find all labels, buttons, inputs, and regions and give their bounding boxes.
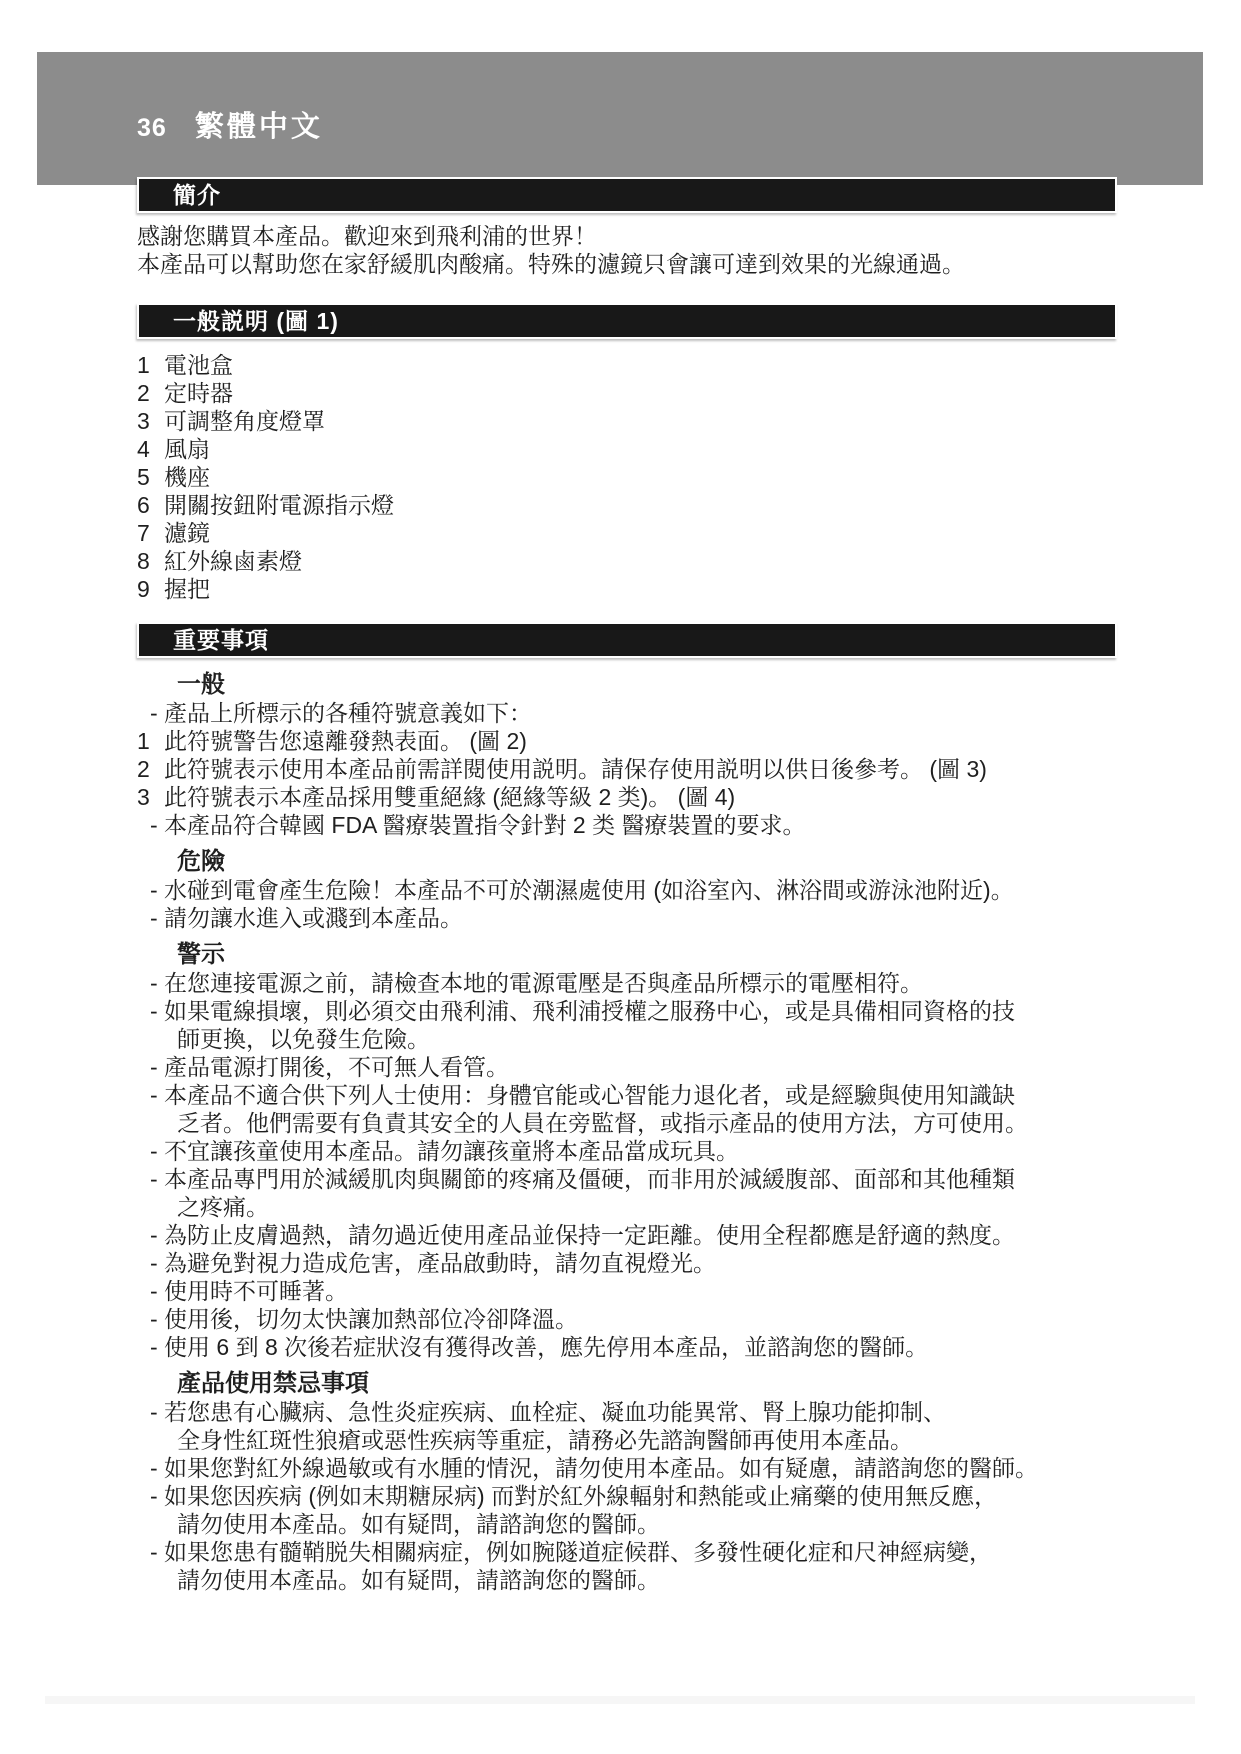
list-item-marker: -: [150, 1165, 164, 1193]
list-item: -不宜讓孩童使用本產品。請勿讓孩童將本產品當成玩具。: [137, 1137, 1117, 1165]
dash-list: -若您患有心臟病、急性炎症疾病、血栓症、凝血功能異常、腎上腺功能抑制、全身性紅斑…: [137, 1398, 1117, 1594]
list-item-marker: 2: [137, 755, 164, 783]
list-item-marker: -: [150, 811, 164, 839]
section-bar-title: 一般説明 (圖 1): [173, 307, 339, 335]
list-item: -本產品不適合供下列人士使用：身體官能或心智能力退化者，或是經驗與使用知識缺: [137, 1081, 1117, 1109]
list-item-continuation: 師更換，以免發生危險。: [137, 1025, 1117, 1053]
subheading: 危險: [137, 848, 1117, 876]
list-item-marker: 8: [137, 547, 164, 575]
list-item-marker: 6: [137, 491, 164, 519]
list-item-marker: 7: [137, 519, 164, 547]
list-item-text: 本產品不適合供下列人士使用：身體官能或心智能力退化者，或是經驗與使用知識缺: [164, 1081, 1015, 1109]
subheading: 產品使用禁忌事項: [137, 1370, 1117, 1398]
list-item-text: 定時器: [164, 379, 233, 407]
list-item: -使用時不可睡著。: [137, 1277, 1117, 1305]
page-language-label: 繁體中文: [195, 104, 323, 145]
list-item-text: 為防止皮膚過熱，請勿過近使用產品並保持一定距離。使用全程都應是舒適的熱度。: [164, 1221, 1015, 1249]
list-item-marker: -: [150, 1053, 164, 1081]
list-item-marker: 1: [137, 727, 164, 755]
list-item-marker: 2: [137, 379, 164, 407]
list-item-text: 不宜讓孩童使用本產品。請勿讓孩童將本產品當成玩具。: [164, 1137, 739, 1165]
list-item-marker: -: [150, 1137, 164, 1165]
list-item: -本產品專門用於減緩肌肉與關節的疼痛及僵硬，而非用於減緩腹部、面部和其他種類: [137, 1165, 1117, 1193]
list-item-marker: -: [150, 1277, 164, 1305]
list-item-marker: -: [150, 1305, 164, 1333]
footer-strip: [45, 1696, 1195, 1704]
list-item-text: 產品電源打開後，不可無人看管。: [164, 1053, 509, 1081]
list-item-text: 機座: [164, 463, 210, 491]
list-item-marker: 3: [137, 783, 164, 811]
list-item: 3可調整角度燈罩: [137, 407, 1117, 435]
list-item-text: 本產品符合韓國 FDA 醫療裝置指令針對 2 类 醫療裝置的要求。: [164, 811, 805, 839]
list-item: -為避免對視力造成危害，產品啟動時，請勿直視燈光。: [137, 1249, 1117, 1277]
list-item: -如果您患有髓鞘脱失相關病症，例如腕隧道症候群、多發性硬化症和尺神經病變，: [137, 1538, 1117, 1566]
list-item-marker: -: [150, 1081, 164, 1109]
list-item: -若您患有心臟病、急性炎症疾病、血栓症、凝血功能異常、腎上腺功能抑制、: [137, 1398, 1117, 1426]
list-item: 9握把: [137, 575, 1117, 603]
list-item-text: 紅外線鹵素燈: [164, 547, 302, 575]
subheading: 一般: [137, 671, 1117, 699]
list-item-text: 使用後，切勿太快讓加熱部位冷卻降溫。: [164, 1305, 578, 1333]
list-item-marker: -: [150, 876, 164, 904]
list-item-text: 握把: [164, 575, 210, 603]
list-item: 6開關按鈕附電源指示燈: [137, 491, 1117, 519]
list-item: 1此符號警告您遠離發熱表面。 (圖 2): [137, 727, 1117, 755]
list-item-marker: -: [150, 1398, 164, 1426]
list-item: 7濾鏡: [137, 519, 1117, 547]
list-item: -使用後，切勿太快讓加熱部位冷卻降溫。: [137, 1305, 1117, 1333]
page-number: 36: [137, 114, 167, 143]
page-content: 簡介感謝您購買本產品。歡迎來到飛利浦的世界！本產品可以幫助您在家舒緩肌肉酸痛。特…: [137, 177, 1117, 1594]
list-item-marker: 9: [137, 575, 164, 603]
page-header-banner: 36 繁體中文: [37, 52, 1203, 185]
paragraph-line: 感謝您購買本產品。歡迎來到飛利浦的世界！: [137, 222, 1117, 250]
list-item-text: 使用時不可睡著。: [164, 1277, 348, 1305]
list-item-continuation: 乏者。他們需要有負責其安全的人員在旁監督，或指示產品的使用方法，方可使用。: [137, 1109, 1117, 1137]
list-item-text: 此符號表示本產品採用雙重絕緣 (絕緣等級 2 类)。 (圖 4): [164, 783, 735, 811]
list-item-text: 為避免對視力造成危害，產品啟動時，請勿直視燈光。: [164, 1249, 716, 1277]
list-item-marker: -: [150, 904, 164, 932]
list-item: 3此符號表示本產品採用雙重絕緣 (絕緣等級 2 类)。 (圖 4): [137, 783, 1117, 811]
list-item-text: 本產品專門用於減緩肌肉與關節的疼痛及僵硬，而非用於減緩腹部、面部和其他種類: [164, 1165, 1015, 1193]
list-item-text: 濾鏡: [164, 519, 210, 547]
list-item: 8紅外線鹵素燈: [137, 547, 1117, 575]
list-item-text: 使用 6 到 8 次後若症狀沒有獲得改善，應先停用本產品，並諮詢您的醫師。: [164, 1333, 928, 1361]
paragraph: 感謝您購買本產品。歡迎來到飛利浦的世界！本產品可以幫助您在家舒緩肌肉酸痛。特殊的…: [137, 222, 1117, 278]
paragraph-line: 本產品可以幫助您在家舒緩肌肉酸痛。特殊的濾鏡只會讓可達到效果的光線通過。: [137, 250, 1117, 278]
list-item: -水碰到電會產生危險！本產品不可於潮濕處使用 (如浴室內、淋浴間或游泳池附近)。: [137, 876, 1117, 904]
list-item-text: 如果您對紅外線過敏或有水腫的情況，請勿使用本產品。如有疑慮，請諮詢您的醫師。: [164, 1454, 1038, 1482]
list-item-marker: 4: [137, 435, 164, 463]
list-item: -使用 6 到 8 次後若症狀沒有獲得改善，應先停用本產品，並諮詢您的醫師。: [137, 1333, 1117, 1361]
list-item: 5機座: [137, 463, 1117, 491]
subheading: 警示: [137, 941, 1117, 969]
list-item-continuation: 請勿使用本產品。如有疑問，請諮詢您的醫師。: [137, 1566, 1117, 1594]
page-header-inner: 36 繁體中文: [137, 104, 323, 145]
list-item-text: 如果您患有髓鞘脱失相關病症，例如腕隧道症候群、多發性硬化症和尺神經病變，: [164, 1538, 992, 1566]
list-item: 4風扇: [137, 435, 1117, 463]
section-bar-important: 重要事項: [137, 622, 1117, 658]
list-item: -請勿讓水進入或濺到本產品。: [137, 904, 1117, 932]
list-item-text: 此符號表示使用本產品前需詳閱使用説明。請保存使用説明以供日後參考。 (圖 3): [164, 755, 987, 783]
list-item-marker: 1: [137, 351, 164, 379]
list-item-marker: -: [150, 699, 164, 727]
list-item: 1電池盒: [137, 351, 1117, 379]
list-item-marker: -: [150, 1249, 164, 1277]
dash-list: -本產品符合韓國 FDA 醫療裝置指令針對 2 类 醫療裝置的要求。: [137, 811, 1117, 839]
number-list: 1電池盒2定時器3可調整角度燈罩4風扇5機座6開關按鈕附電源指示燈7濾鏡8紅外線…: [137, 351, 1117, 603]
list-item-marker: -: [150, 1482, 164, 1510]
list-item-text: 若您患有心臟病、急性炎症疾病、血栓症、凝血功能異常、腎上腺功能抑制、: [164, 1398, 946, 1426]
section-bar-title: 簡介: [173, 181, 221, 209]
list-item-marker: -: [150, 1221, 164, 1249]
list-item-continuation: 之疼痛。: [137, 1193, 1117, 1221]
list-item-continuation: 全身性紅斑性狼瘡或惡性疾病等重症，請務必先諮詢醫師再使用本產品。: [137, 1426, 1117, 1454]
section-bar-intro: 簡介: [137, 177, 1117, 213]
list-item-marker: -: [150, 969, 164, 997]
list-item: -本產品符合韓國 FDA 醫療裝置指令針對 2 类 醫療裝置的要求。: [137, 811, 1117, 839]
list-item-text: 產品上所標示的各種符號意義如下：: [164, 699, 532, 727]
list-item: -如果電線損壞，則必須交由飛利浦、飛利浦授權之服務中心，或是具備相同資格的技: [137, 997, 1117, 1025]
list-item-text: 電池盒: [164, 351, 233, 379]
list-item: 2定時器: [137, 379, 1117, 407]
list-item: -如果您對紅外線過敏或有水腫的情況，請勿使用本產品。如有疑慮，請諮詢您的醫師。: [137, 1454, 1117, 1482]
list-item-marker: -: [150, 1333, 164, 1361]
list-item-marker: 5: [137, 463, 164, 491]
list-item: -如果您因疾病 (例如末期糖尿病) 而對於紅外線輻射和熱能或止痛藥的使用無反應，: [137, 1482, 1117, 1510]
list-item-text: 此符號警告您遠離發熱表面。 (圖 2): [164, 727, 527, 755]
list-item-text: 風扇: [164, 435, 210, 463]
list-item-marker: 3: [137, 407, 164, 435]
list-item-continuation: 請勿使用本產品。如有疑問，請諮詢您的醫師。: [137, 1510, 1117, 1538]
number-list: 1此符號警告您遠離發熱表面。 (圖 2)2此符號表示使用本產品前需詳閱使用説明。…: [137, 727, 1117, 811]
manual-page: { "page": { "number": "36", "language_la…: [0, 0, 1241, 1754]
section-bar-general-description: 一般説明 (圖 1): [137, 303, 1117, 339]
list-item: -為防止皮膚過熱，請勿過近使用產品並保持一定距離。使用全程都應是舒適的熱度。: [137, 1221, 1117, 1249]
list-item-marker: -: [150, 1538, 164, 1566]
section-bar-title: 重要事項: [173, 626, 269, 654]
list-item-marker: -: [150, 997, 164, 1025]
list-item-text: 請勿讓水進入或濺到本產品。: [164, 904, 463, 932]
list-item-marker: -: [150, 1454, 164, 1482]
dash-list: -水碰到電會產生危險！本產品不可於潮濕處使用 (如浴室內、淋浴間或游泳池附近)。…: [137, 876, 1117, 932]
list-item-text: 如果您因疾病 (例如末期糖尿病) 而對於紅外線輻射和熱能或止痛藥的使用無反應，: [164, 1482, 997, 1510]
list-item-text: 在您連接電源之前，請檢查本地的電源電壓是否與產品所標示的電壓相符。: [164, 969, 923, 997]
list-item-text: 水碰到電會產生危險！本產品不可於潮濕處使用 (如浴室內、淋浴間或游泳池附近)。: [164, 876, 1014, 904]
list-item: -產品上所標示的各種符號意義如下：: [137, 699, 1117, 727]
dash-list: -在您連接電源之前，請檢查本地的電源電壓是否與產品所標示的電壓相符。-如果電線損…: [137, 969, 1117, 1361]
list-item-text: 如果電線損壞，則必須交由飛利浦、飛利浦授權之服務中心，或是具備相同資格的技: [164, 997, 1015, 1025]
list-item: -產品電源打開後，不可無人看管。: [137, 1053, 1117, 1081]
dash-list: -產品上所標示的各種符號意義如下：: [137, 699, 1117, 727]
list-item: -在您連接電源之前，請檢查本地的電源電壓是否與產品所標示的電壓相符。: [137, 969, 1117, 997]
list-item-text: 開關按鈕附電源指示燈: [164, 491, 394, 519]
list-item: 2此符號表示使用本產品前需詳閱使用説明。請保存使用説明以供日後參考。 (圖 3): [137, 755, 1117, 783]
list-item-text: 可調整角度燈罩: [164, 407, 325, 435]
